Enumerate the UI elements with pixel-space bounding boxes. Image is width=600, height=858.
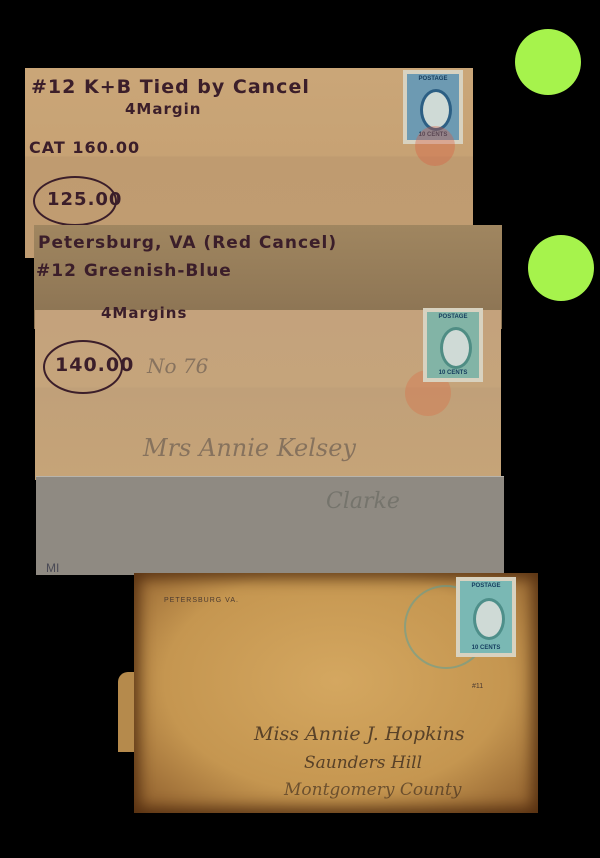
printed-origin: PETERSBURG VA. [164,597,239,604]
cover3-address-line3: Montgomery County [284,780,461,800]
green-marker-dot-top [515,29,581,95]
portrait-oval [440,327,472,369]
cover2-address-line2: Clarke [326,489,400,514]
cover1-note-line2: 4Margin [125,100,201,118]
cover2-price-circle: 140.00 [43,340,123,394]
cover1-catalog: CAT 160.00 [29,138,140,157]
cover1-price-circle: 125.00 [33,176,117,226]
stamp-top-label: POSTAGE [427,314,479,320]
red-cancel [415,126,455,166]
stamp-top-label: POSTAGE [460,583,512,589]
portrait-oval [473,598,505,640]
cover-3: PETERSBURG VA. #11 POSTAGE 10 CENTS Miss… [134,573,538,813]
pencil-note: #11 [472,683,483,690]
glassine-sleeve: Clarke MI [36,476,504,575]
cover1-price: 125.00 [47,189,122,210]
portrait-oval [420,89,452,131]
cover1-note-line1: #12 K+B Tied by Cancel [31,76,310,98]
cover3-address-line2: Saunders Hill [304,753,422,773]
cover2-note-line2: #12 Greenish-Blue [36,261,232,281]
cover2-script-number: No 76 [147,354,208,378]
cover-2: 4Margins 140.00 No 76 Mrs Annie Kelsey P… [35,310,501,480]
stamp-bottom-label: 10 CENTS [427,370,479,376]
cover2-note-line3: 4Margins [101,304,187,322]
cover3-stamp: POSTAGE 10 CENTS [456,577,516,657]
stamp-bottom-label: 10 CENTS [460,645,512,651]
cover2-stamp: POSTAGE 10 CENTS [423,308,483,382]
cover2-note-line1: Petersburg, VA (Red Cancel) [38,233,337,253]
stamp-top-label: POSTAGE [407,76,459,82]
cover2-price: 140.00 [55,354,134,376]
green-marker-dot-middle [528,235,594,301]
cover2-address-line1: Mrs Annie Kelsey [143,434,356,462]
cover3-address-line1: Miss Annie J. Hopkins [254,723,465,745]
corner-initials: MI [46,561,59,575]
